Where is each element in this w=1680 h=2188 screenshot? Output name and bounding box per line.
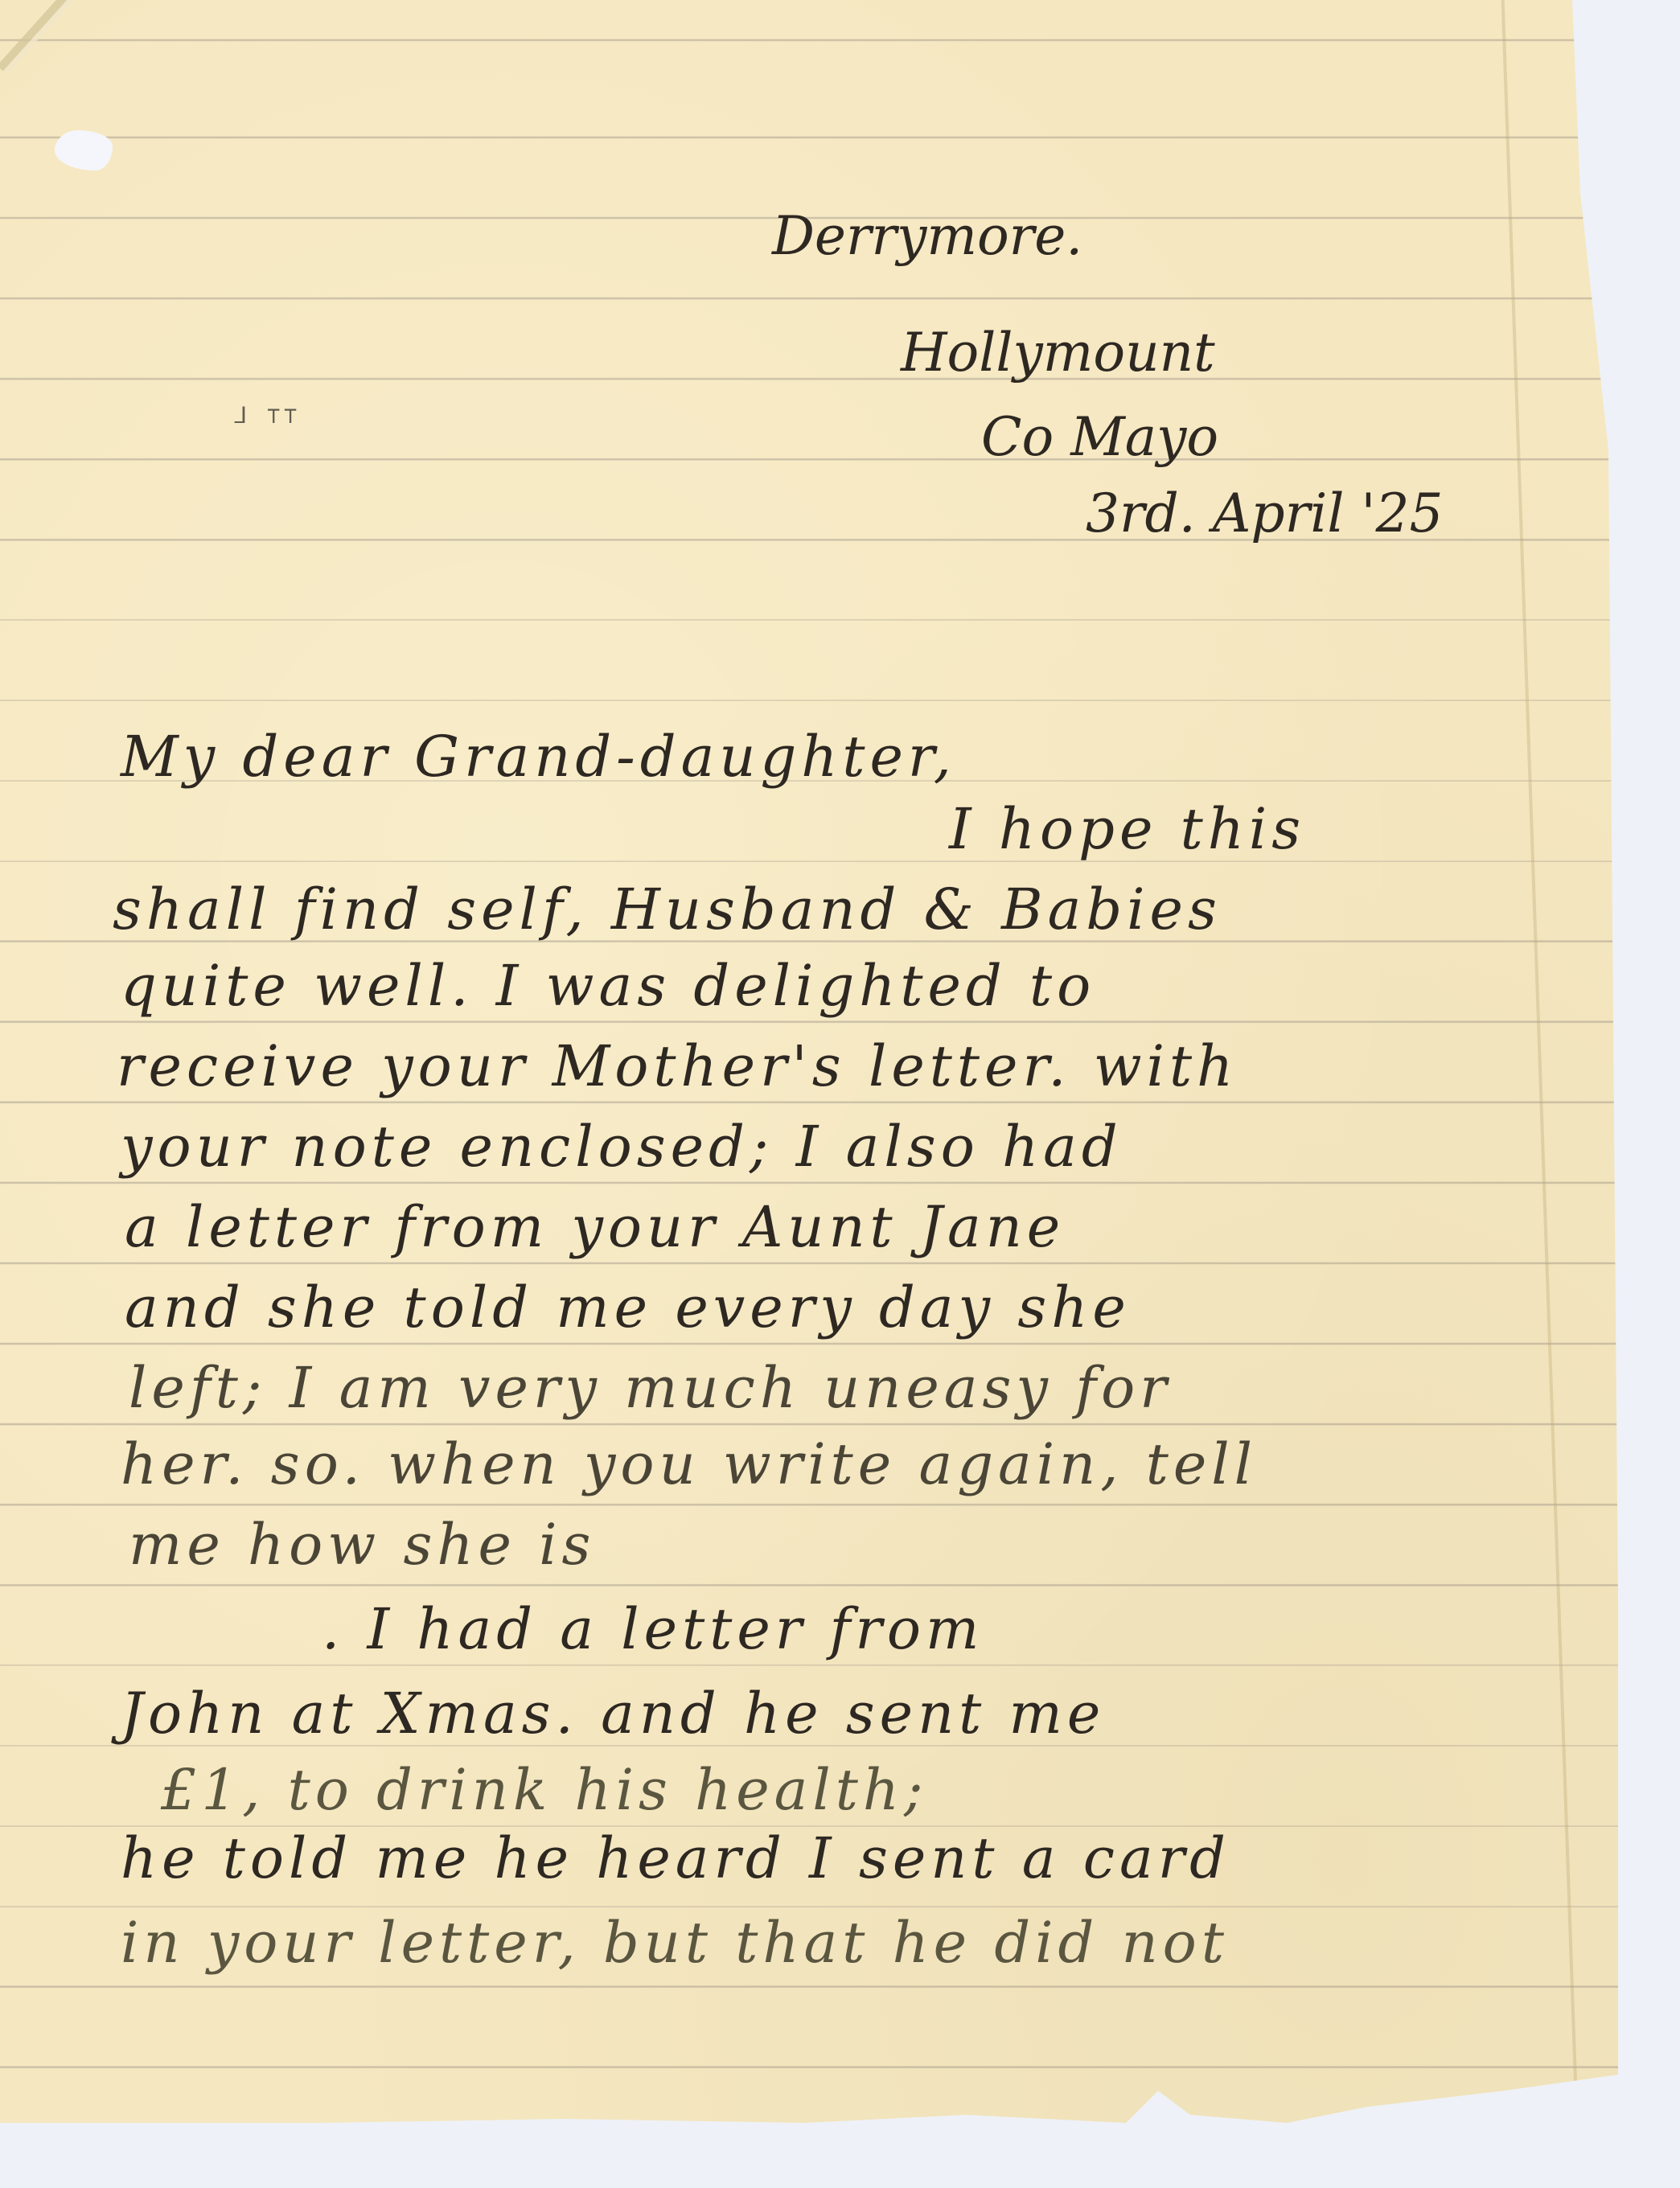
body-line: and she told me every day she (125, 1275, 1131, 1340)
address-line-1: Derrymore. (772, 205, 1082, 267)
body-line: me how she is (129, 1512, 595, 1578)
body-line: shall find self, Husband & Babies (113, 876, 1222, 942)
body-line: I hope this (949, 796, 1305, 862)
body-line: left; I am very much uneasy for (129, 1355, 1172, 1421)
letter-date: 3rd. April '25 (1086, 482, 1444, 544)
body-line: in your letter, but that he did not (121, 1910, 1229, 1976)
salutation: My dear Grand-daughter, (121, 724, 956, 790)
address-line-3: Co Mayo (981, 406, 1218, 468)
address-line-2: Hollymount (901, 322, 1215, 384)
body-line: he told me he heard I sent a card (121, 1825, 1230, 1891)
stray-pencil-mark: ᒧ ⊤⊤ (233, 402, 301, 429)
body-line: . I had a letter from (322, 1596, 984, 1662)
body-line: quite well. I was delighted to (121, 953, 1095, 1019)
body-line: £1, to drink his health; (161, 1757, 928, 1823)
body-line: John at Xmas. and he sent me (121, 1681, 1105, 1747)
body-line: her. so. when you write again, tell (121, 1431, 1257, 1497)
body-line: receive your Mother's letter. with (117, 1033, 1238, 1099)
body-line: a letter from your Aunt Jane (125, 1194, 1065, 1260)
body-line: your note enclosed; I also had (121, 1114, 1123, 1180)
letter-paper: ᒧ ⊤⊤ Derrymore. Hollymount Co Mayo 3rd. … (0, 0, 1680, 2188)
